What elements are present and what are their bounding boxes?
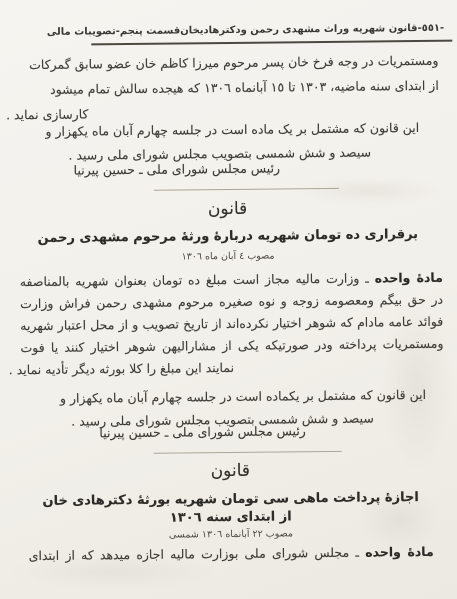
law-approval-date: مصوب ٤ آبان ماه ١٣٠٦ xyxy=(0,249,457,265)
article-label: مادهٔ واحده xyxy=(375,270,443,286)
paragraph-line: ومستمریات پرداخته ودر صورتیکه یکی از مشا… xyxy=(8,333,443,360)
law-title: قانون xyxy=(2,459,457,484)
article-text: ـ مجلس شورای ملی بوزارت مالیه اجازه میده… xyxy=(29,545,359,563)
paragraph-line: نمایند این مبلغ را کلا بورثه دیگر تأدیه … xyxy=(9,355,444,382)
signature-line: رئیس مجلس شورای ملی ـ حسین پیرنیا xyxy=(74,160,281,177)
header-page-number: -٥٥١- xyxy=(417,23,444,34)
law-subtitle: برقراری ده تومان شهریه دربارهٔ ورثهٔ مرح… xyxy=(0,227,456,247)
paragraph-line: از ابتدای سنه ماضیه، ١٣٠٣ تا ١٥ آبانماه … xyxy=(6,73,439,103)
paragraph-line: مادهٔ واحده ـ مجلس شورای ملی بوزارت مالی… xyxy=(29,541,434,567)
header-section-label: قسمت پنجم-تصویبات مالی xyxy=(47,25,180,37)
signature-line: رئیس مجلس شورای ملی ـ حسین پیرنیا xyxy=(99,423,306,440)
page-content: -٥٥١- قانون شهریه وراث مشهدی رحمن ودکتره… xyxy=(0,0,457,599)
law-subtitle: از ابتدای سنه ١٣٠٦ xyxy=(2,508,457,528)
separator-rule xyxy=(154,188,339,191)
law-approval-date: مصوب ٢٢ آبانماه ١٣٠٦ شمسی xyxy=(2,527,457,543)
paragraph-line: این قانون که مشتمل بر یک ماده است در جلس… xyxy=(68,116,419,144)
page-header: -٥٥١- قانون شهریه وراث مشهدی رحمن ودکتره… xyxy=(89,23,444,38)
article-paragraph: مادهٔ واحده ـ مجلس شورای ملی بوزارت مالی… xyxy=(29,541,434,567)
article-text: ـ وزارت مالیه مجاز است مبلغ ده تومان بعن… xyxy=(20,271,369,290)
continuation-paragraph: ومستمریات در وجه فرخ خان پسر مرحوم میرزا… xyxy=(5,48,439,128)
header-running-title: قانون شهریه وراث مشهدی رحمن ودکترهادیخان xyxy=(180,23,417,36)
law-subtitle: اجازهٔ پرداخت ماهی سی تومان شهریه بورثهٔ… xyxy=(2,490,457,510)
law-title: قانون xyxy=(0,197,456,222)
scanned-page: -٥٥١- قانون شهریه وراث مشهدی رحمن ودکتره… xyxy=(0,0,457,599)
article-paragraph: مادهٔ واحده ـ وزارت مالیه مجاز است مبلغ … xyxy=(8,267,444,382)
article-label: مادهٔ واحده xyxy=(365,544,434,560)
separator-rule xyxy=(154,451,342,454)
header-rule xyxy=(91,40,452,45)
